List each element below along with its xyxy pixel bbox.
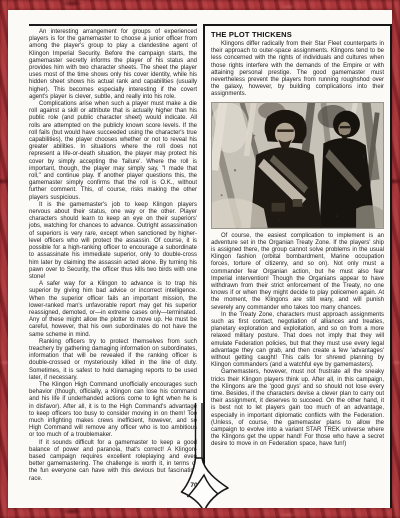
page-number: 70	[190, 482, 198, 489]
scan-border-bottom	[0, 508, 400, 518]
paragraph: An interesting arrangement for groups of…	[29, 29, 197, 101]
paragraph: A safer way for a Klingon to advance is …	[29, 281, 197, 339]
scan-border-right	[392, 0, 400, 518]
left-column: An interesting arrangement for groups of…	[29, 24, 197, 483]
section-heading: THE PLOT THICKENS	[211, 30, 384, 39]
klingons-photo	[211, 102, 384, 229]
paragraph: In the Treaty Zone, characters must appr…	[211, 312, 384, 370]
starfleet-delta-page-marker: 70	[178, 403, 234, 515]
paragraph: Klingons differ radically from their Sta…	[211, 41, 384, 99]
paragraph: Gamemasters, however, must not frustrate…	[211, 369, 384, 448]
paragraph: Complications arise when such a player m…	[29, 101, 197, 202]
delta-outline	[182, 458, 229, 512]
scan-border-top	[0, 0, 400, 10]
paragraph: Ranking officers try to protect themselv…	[29, 339, 197, 382]
scanned-page: An interesting arrangement for groups of…	[0, 0, 400, 518]
paragraph: Of course, the easiest complication to i…	[211, 233, 384, 312]
paragraph: If it sounds difficult for a gamemaster …	[29, 440, 197, 483]
paragraph: It is the gamemaster's job to keep Kling…	[29, 202, 197, 281]
scan-border-left	[0, 0, 8, 518]
paragraph: The Klingon High Command unofficially en…	[29, 382, 197, 440]
